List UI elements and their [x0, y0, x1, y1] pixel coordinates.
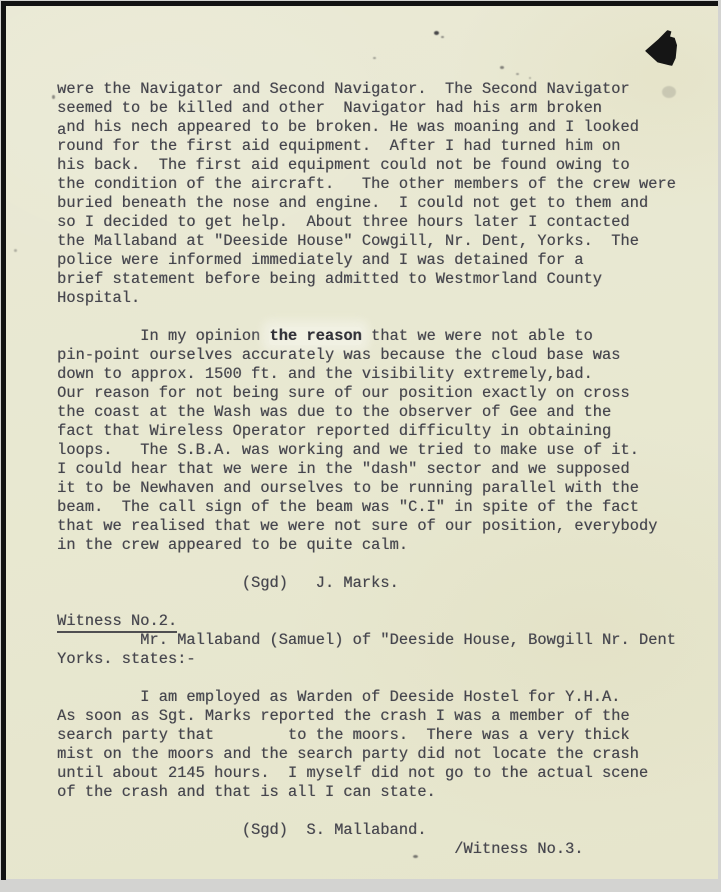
document-line: so I decided to get help. About three ho… — [57, 213, 687, 232]
document-line: mist on the moors and the search party d… — [57, 745, 687, 764]
document-line: I could hear that we were in the "dash" … — [57, 460, 687, 479]
document-line: seemed to be killed and other Navigator … — [57, 99, 687, 118]
document-line — [57, 555, 687, 574]
underlined-text: Witness No.2. — [57, 612, 177, 633]
ink-speck — [413, 855, 418, 858]
ink-speck — [14, 249, 17, 252]
ink-speck — [500, 66, 504, 69]
document-line: in the crew appeared to be quite calm. — [57, 536, 687, 555]
document-line: that we realised that we were not sure o… — [57, 517, 687, 536]
document-line: buried beneath the nose and engine. I co… — [57, 194, 687, 213]
signature-s-mallaband: (Sgd) S. Mallaband. — [57, 821, 687, 840]
document-line: Yorks. states:- — [57, 650, 687, 669]
document-line: fact that Wireless Operator reported dif… — [57, 422, 687, 441]
witness-2-heading: Witness No.2. — [57, 612, 687, 631]
document-line — [57, 669, 687, 688]
ink-speck — [441, 36, 444, 38]
document-line: and his nech appeared to be broken. He w… — [57, 118, 687, 137]
lowered-text: a — [57, 121, 66, 139]
document-line: loops. The S.B.A. was working and we tri… — [57, 441, 687, 460]
document-line: down to approx. 1500 ft. and the visibil… — [57, 365, 687, 384]
document-line: Hospital. — [57, 289, 687, 308]
scan-edge-left — [1, 1, 6, 880]
witness-3-catchword: /Witness No.3. — [57, 840, 687, 859]
document-line: of the crash and that is all I can state… — [57, 783, 687, 802]
document-line — [57, 593, 687, 612]
document-line — [57, 308, 687, 327]
document-text-block: were the Navigator and Second Navigator.… — [57, 80, 687, 859]
ink-speck — [52, 95, 55, 99]
document-line: were the Navigator and Second Navigator.… — [57, 80, 687, 99]
document-line: search party that to the moors. There wa… — [57, 726, 687, 745]
ink-speck — [434, 31, 439, 35]
retyped-text: the reason — [269, 327, 361, 345]
ink-speck — [662, 86, 676, 98]
document-line: brief statement before being admitted to… — [57, 270, 687, 289]
document-line: the condition of the aircraft. The other… — [57, 175, 687, 194]
ink-speck — [529, 77, 531, 79]
scan-edge-top — [1, 1, 718, 6]
document-line: Mr. Mallaband (Samuel) of "Deeside House… — [57, 631, 687, 650]
document-line: Our reason for not being sure of our pos… — [57, 384, 687, 403]
ink-speck — [516, 73, 519, 75]
document-line: round for the first aid equipment. After… — [57, 137, 687, 156]
document-line: his back. The first aid equipment could … — [57, 156, 687, 175]
document-line: the coast at the Wash was due to the obs… — [57, 403, 687, 422]
document-line: I am employed as Warden of Deeside Hoste… — [57, 688, 687, 707]
document-line: police were informed immediately and I w… — [57, 251, 687, 270]
document-line: beam. The call sign of the beam was "C.I… — [57, 498, 687, 517]
document-line: pin-point ourselves accurately was becau… — [57, 346, 687, 365]
document-line: As soon as Sgt. Marks reported the crash… — [57, 707, 687, 726]
document-line: In my opinion the reason that we were no… — [57, 327, 687, 346]
document-line: it to be Newhaven and ourselves to be ru… — [57, 479, 687, 498]
signature-j-marks: (Sgd) J. Marks. — [57, 574, 687, 593]
ink-speck — [373, 57, 376, 59]
document-line — [57, 802, 687, 821]
document-line: until about 2145 hours. I myself did not… — [57, 764, 687, 783]
document-line: the Mallaband at "Deeside House" Cowgill… — [57, 232, 687, 251]
